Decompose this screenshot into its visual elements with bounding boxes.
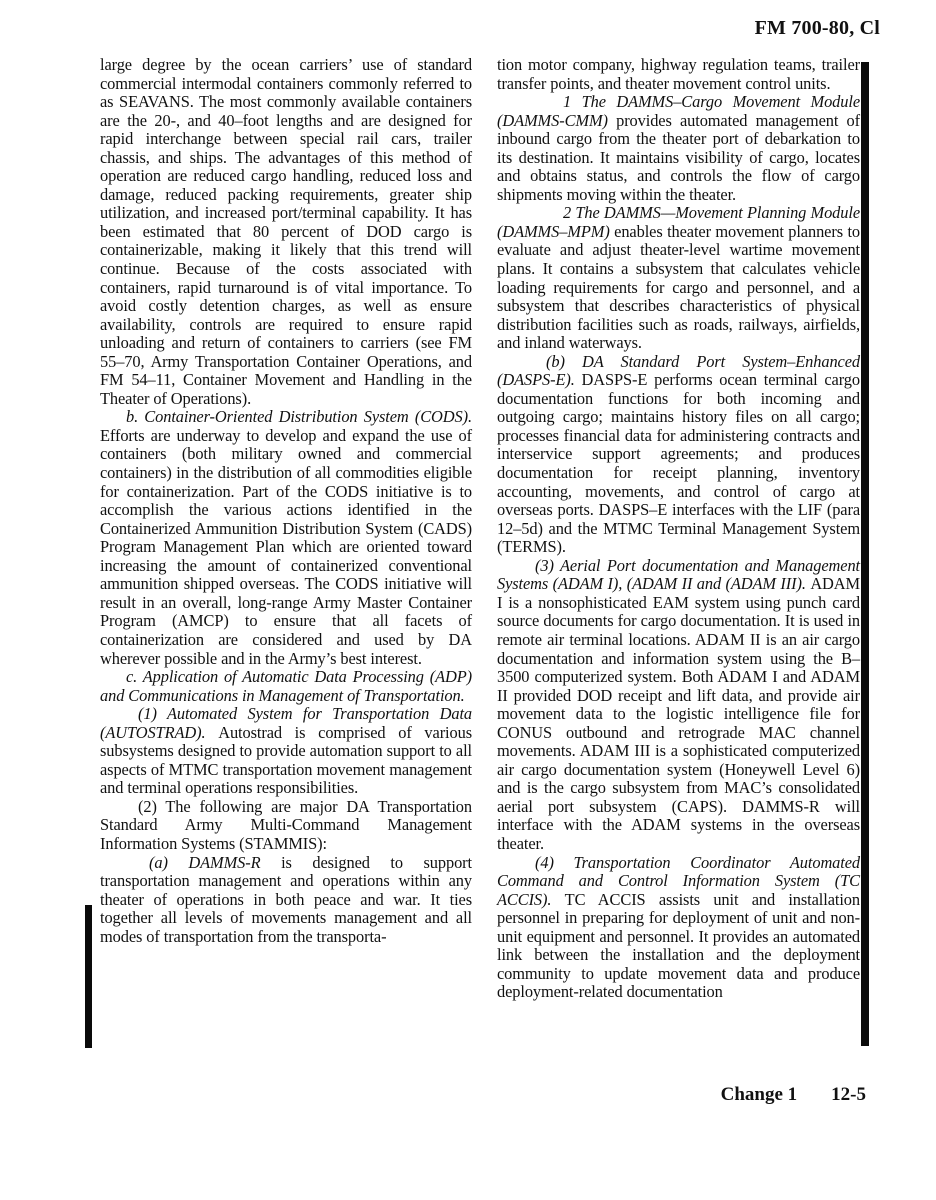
paragraph: 2 The DAMMS—Movement Planning Module (DA… [497,204,860,352]
paragraph: c. Application of Automatic Data Process… [100,668,472,705]
text-segment: (2) The following are major DA Transport… [100,797,472,853]
change-label: Change 1 [721,1084,798,1105]
paragraph: b. Container-Oriented Distribution Syste… [100,408,472,668]
text-segment: enables theater movement planners to eva… [497,222,860,352]
paragraph: (b) DA Standard Port System–Enhanced (DA… [497,353,860,557]
text-segment: Efforts are underway to develop and expa… [100,426,472,668]
text-segment: tion motor company, highway regulation t… [497,55,860,93]
italic-text-segment: (a) DAMMS-R [149,853,281,872]
text-segment: ADAM I is a nonsophisticated EAM system … [497,574,860,853]
paragraph: (2) The following are major DA Transport… [100,798,472,854]
page-header: FM 700-80, Cl [755,17,880,40]
paragraph: (4) Transportation Coordinator Automated… [497,854,860,1002]
left-column: large degree by the ocean carriers’ use … [100,56,472,946]
paragraph: tion motor company, highway regulation t… [497,56,860,93]
text-segment: large degree by the ocean carriers’ use … [100,55,472,408]
page-footer: Change 112-5 [721,1084,866,1106]
paragraph: 1 The DAMMS–Cargo Movement Module (DAMMS… [497,93,860,204]
paragraph: (3) Aerial Port documentation and Manage… [497,557,860,854]
page-number: 12-5 [831,1084,866,1105]
italic-text-segment: c. Application of Automatic Data Process… [100,667,472,705]
paragraph: (1) Automated System for Transportation … [100,705,472,798]
italic-text-segment: b. Container-Oriented Distribution Syste… [126,407,472,426]
italic-text-segment: (3) Aerial Port documentation and Manage… [497,556,860,594]
text-segment: DASPS-E performs ocean terminal cargo do… [497,370,860,556]
change-bar-right [861,62,869,1046]
document-page: FM 700-80, Cl large degree by the ocean … [0,0,936,1200]
paragraph: large degree by the ocean carriers’ use … [100,56,472,408]
change-bar-left [85,905,92,1048]
paragraph: (a) DAMMS-R is designed to support trans… [100,854,472,947]
right-column: tion motor company, highway regulation t… [497,56,860,1002]
